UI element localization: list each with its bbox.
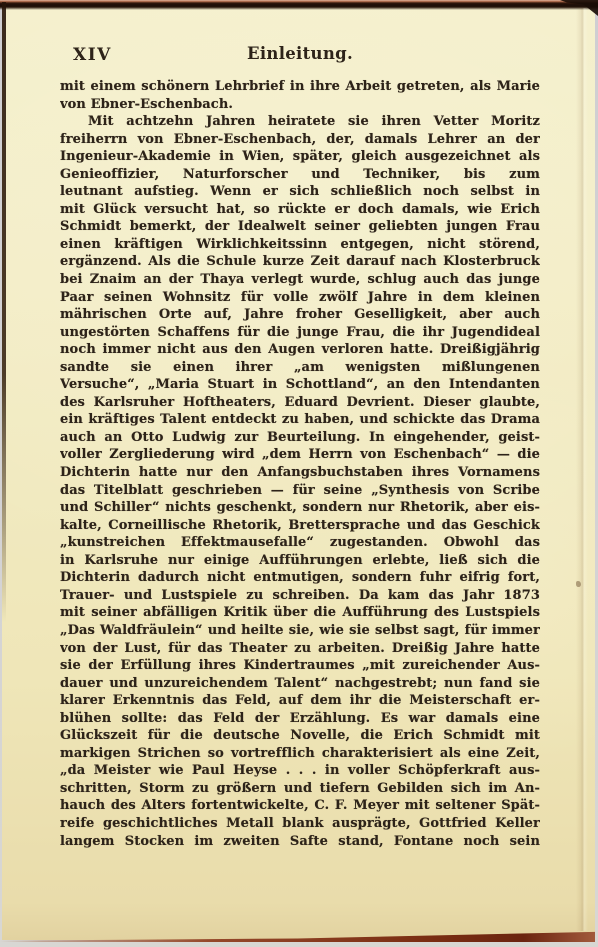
page-left-edge-shadow xyxy=(2,2,6,622)
page-right-crease xyxy=(576,8,588,931)
page-number: XIV xyxy=(73,45,112,65)
text-line: blühen sollte: das Feld der Erzählung. E… xyxy=(60,710,540,728)
text-line: Genieoffizier, Naturforscher und Technik… xyxy=(60,166,540,184)
scanned-book-page: XIV Einleitung. mit einem schönern Lehrb… xyxy=(0,0,598,947)
text-line: des Karlsruher Hoftheaters, Eduard Devri… xyxy=(60,394,540,412)
text-line: Dichterin dadurch nicht entmutigen, sond… xyxy=(60,569,540,587)
text-line: schritten, Storm zu größern und tiefern … xyxy=(60,780,540,798)
text-line: mährischen Orte auf, Jahre froher Gesell… xyxy=(60,306,540,324)
text-line: Glückszeit für die deutsche Novelle, die… xyxy=(60,727,540,745)
text-line: sie der Erfüllung ihres Kindertraumes „m… xyxy=(60,657,540,675)
text-line: Mit achtzehn Jahren heiratete sie ihren … xyxy=(60,113,540,131)
text-line: Versuche“, „Maria Stuart in Schottland“,… xyxy=(60,376,540,394)
text-line: Paar seinen Wohnsitz für volle zwölf Jah… xyxy=(60,289,540,307)
text-line: „da Meister wie Paul Heyse . . . in voll… xyxy=(60,762,540,780)
text-line: und Schiller“ nichts geschenkt, sondern … xyxy=(60,499,540,517)
text-line: sandte sie einen ihrer „am wenigsten miß… xyxy=(60,359,540,377)
text-line: „kunstreichen Effektmausefalle“ zugestan… xyxy=(60,534,540,552)
text-line: von Ebner-Eschenbach. xyxy=(60,96,540,114)
page-top-edge-shadow xyxy=(0,0,598,10)
text-line: freiherrn von Ebner-Eschenbach, der, dam… xyxy=(60,131,540,149)
text-line: markigen Strichen so vortrefflich charak… xyxy=(60,745,540,763)
text-line: klarer Erkenntnis das Feld, auf dem ihr … xyxy=(60,692,540,710)
text-line: noch immer nicht aus den Augen verloren … xyxy=(60,341,540,359)
paragraph: mit einem schönern Lehrbrief in ihre Arb… xyxy=(60,78,540,113)
ink-speck xyxy=(576,581,581,587)
text-line: das Titelblatt geschrieben — für seine „… xyxy=(60,482,540,500)
text-line: reife geschichtliches Metall blank auspr… xyxy=(60,815,540,833)
text-line: Ingenieur-Akademie in Wien, später, glei… xyxy=(60,148,540,166)
text-line: mit Glück versucht hat, so rückte er doc… xyxy=(60,201,540,219)
text-line: Trauer- und Lustspiele zu schreiben. Da … xyxy=(60,587,540,605)
text-line: mit einem schönern Lehrbrief in ihre Arb… xyxy=(60,78,540,96)
text-line: kalte, Corneillische Rhetorik, Brettersp… xyxy=(60,517,540,535)
text-line: ein kräftiges Talent entdeckt zu haben, … xyxy=(60,411,540,429)
text-line: auch an Otto Ludwig zur Beurteilung. In … xyxy=(60,429,540,447)
text-line: Schmidt bemerkt, der Idealwelt seiner ge… xyxy=(60,218,540,236)
paragraph: Mit achtzehn Jahren heiratete sie ihren … xyxy=(60,113,540,850)
printed-content: XIV Einleitung. mit einem schönern Lehrb… xyxy=(60,44,540,850)
text-line: „Das Waldfräulein“ und heilte sie, wie s… xyxy=(60,622,540,640)
text-line: dauer und unzureichendem Talent“ nachges… xyxy=(60,675,540,693)
text-line: Dichterin hatte nur den Anfangsbuchstabe… xyxy=(60,464,540,482)
text-line: leutnant aufstieg. Wenn er sich schließl… xyxy=(60,183,540,201)
page-header: XIV Einleitung. xyxy=(60,44,540,66)
running-title: Einleitung. xyxy=(60,44,540,63)
text-line: langem Stocken im zweiten Safte stand, F… xyxy=(60,833,540,851)
text-line: ergänzend. Als die Schule kurze Zeit dar… xyxy=(60,253,540,271)
text-line: ungestörten Schaffens für die junge Frau… xyxy=(60,324,540,342)
text-line: hauch des Alters fortentwickelte, C. F. … xyxy=(60,797,540,815)
text-line: bei Znaim an der Thaya verlegt wurde, sc… xyxy=(60,271,540,289)
body-text: mit einem schönern Lehrbrief in ihre Arb… xyxy=(60,78,540,850)
text-line: einen kräftigen Wirklichkeitssinn entgeg… xyxy=(60,236,540,254)
text-line: von der Lust, für das Theater zu arbeite… xyxy=(60,640,540,658)
text-line: mit seiner abfälligen Kritik über die Au… xyxy=(60,604,540,622)
text-line: in Karlsruhe nur einige Aufführungen erl… xyxy=(60,552,540,570)
text-line: voller Zergliederung wird „dem Herrn von… xyxy=(60,446,540,464)
